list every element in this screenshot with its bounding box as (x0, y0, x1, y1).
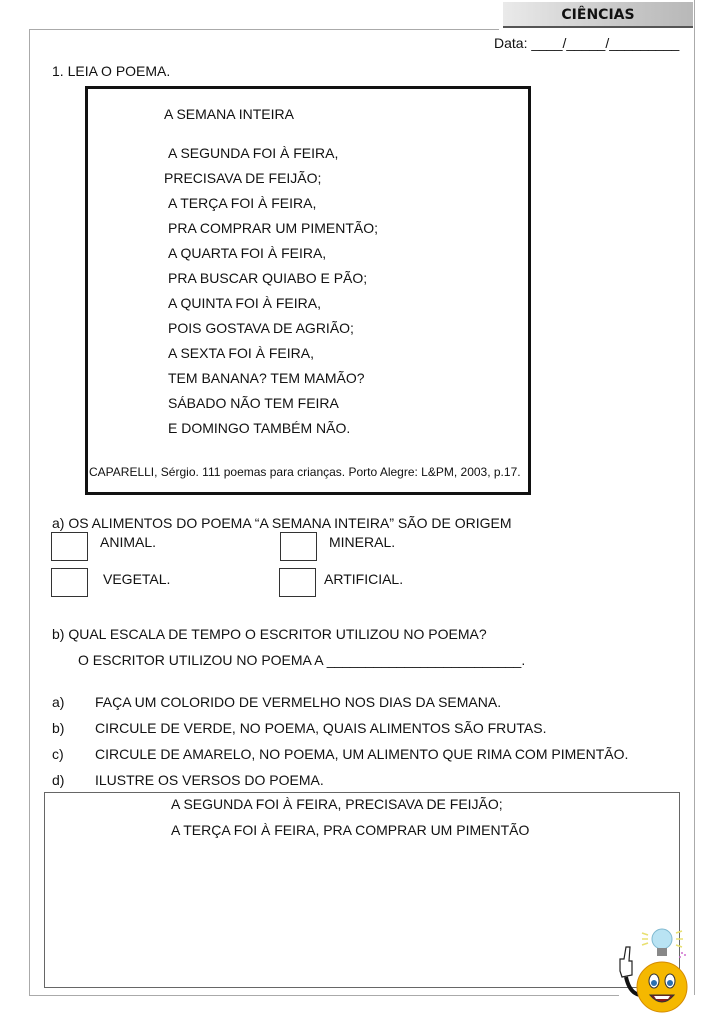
question-1-label: 1. LEIA O POEMA. (52, 63, 170, 79)
task-text: FAÇA UM COLORIDO DE VERMELHO NOS DIAS DA… (95, 694, 501, 710)
poem-line: A TERÇA FOI À FEIRA, (168, 195, 316, 211)
answer-blank[interactable]: _________________________. (327, 652, 526, 668)
poem-line: E DOMINGO TAMBÉM NÃO. (168, 420, 350, 436)
task-letter: c) (52, 746, 64, 762)
page-border-left (29, 29, 30, 995)
option-mineral-label: MINERAL. (329, 534, 395, 550)
poem-line: A QUARTA FOI À FEIRA, (168, 245, 326, 261)
question-a-text: a) OS ALIMENTOS DO POEMA “A SEMANA INTEI… (52, 515, 512, 531)
task-text: CIRCULE DE AMARELO, NO POEMA, UM ALIMENT… (95, 746, 628, 762)
date-label: Data: (494, 35, 527, 51)
checkbox-artificial[interactable] (279, 568, 316, 597)
poem-line: A QUINTA FOI À FEIRA, (168, 295, 321, 311)
poem-citation: CAPARELLI, Sérgio. 111 poemas para crian… (89, 465, 521, 479)
task-text: ILUSTRE OS VERSOS DO POEMA. (95, 772, 324, 788)
poem-title: A SEMANA INTEIRA (164, 106, 294, 122)
poem-line: SÁBADO NÃO TEM FEIRA (168, 395, 339, 411)
subject-header: CIÊNCIAS (503, 2, 693, 28)
smiley-lightbulb-icon (612, 925, 692, 1020)
task-letter: a) (52, 694, 64, 710)
poem-line: PRECISAVA DE FEIJÃO; (164, 170, 321, 186)
illustration-verse-1: A SEGUNDA FOI À FEIRA, PRECISAVA DE FEIJ… (171, 796, 503, 812)
poem-line: PRA COMPRAR UM PIMENTÃO; (168, 220, 378, 236)
option-vegetal-label: VEGETAL. (103, 571, 170, 587)
checkbox-animal[interactable] (51, 532, 88, 561)
task-text: CIRCULE DE VERDE, NO POEMA, QUAIS ALIMEN… (95, 720, 546, 736)
option-artificial-label: ARTIFICIAL. (324, 571, 403, 587)
date-field[interactable]: Data: ____/_____/_________ (494, 35, 679, 51)
illustration-verse-2: A TERÇA FOI À FEIRA, PRA COMPRAR UM PIME… (171, 822, 529, 838)
page-border-bottom (29, 995, 619, 996)
question-b-answer: O ESCRITOR UTILIZOU NO POEMA A _________… (78, 652, 525, 668)
option-animal-label: ANIMAL. (100, 534, 156, 550)
poem-line: A SEXTA FOI À FEIRA, (168, 345, 314, 361)
page-border-top (29, 29, 499, 30)
poem-line: TEM BANANA? TEM MAMÃO? (168, 370, 365, 386)
page-border-right (694, 0, 695, 995)
answer-prefix: O ESCRITOR UTILIZOU NO POEMA A (78, 652, 323, 668)
poem-line: PRA BUSCAR QUIABO E PÃO; (168, 270, 367, 286)
date-blank[interactable]: ____/_____/_________ (531, 35, 679, 51)
poem-line: POIS GOSTAVA DE AGRIÃO; (168, 320, 354, 336)
question-b-text: b) QUAL ESCALA DE TEMPO O ESCRITOR UTILI… (52, 626, 487, 642)
checkbox-mineral[interactable] (280, 532, 317, 561)
task-letter: d) (52, 772, 64, 788)
checkbox-vegetal[interactable] (51, 568, 88, 597)
task-letter: b) (52, 720, 64, 736)
poem-line: A SEGUNDA FOI À FEIRA, (168, 145, 338, 161)
